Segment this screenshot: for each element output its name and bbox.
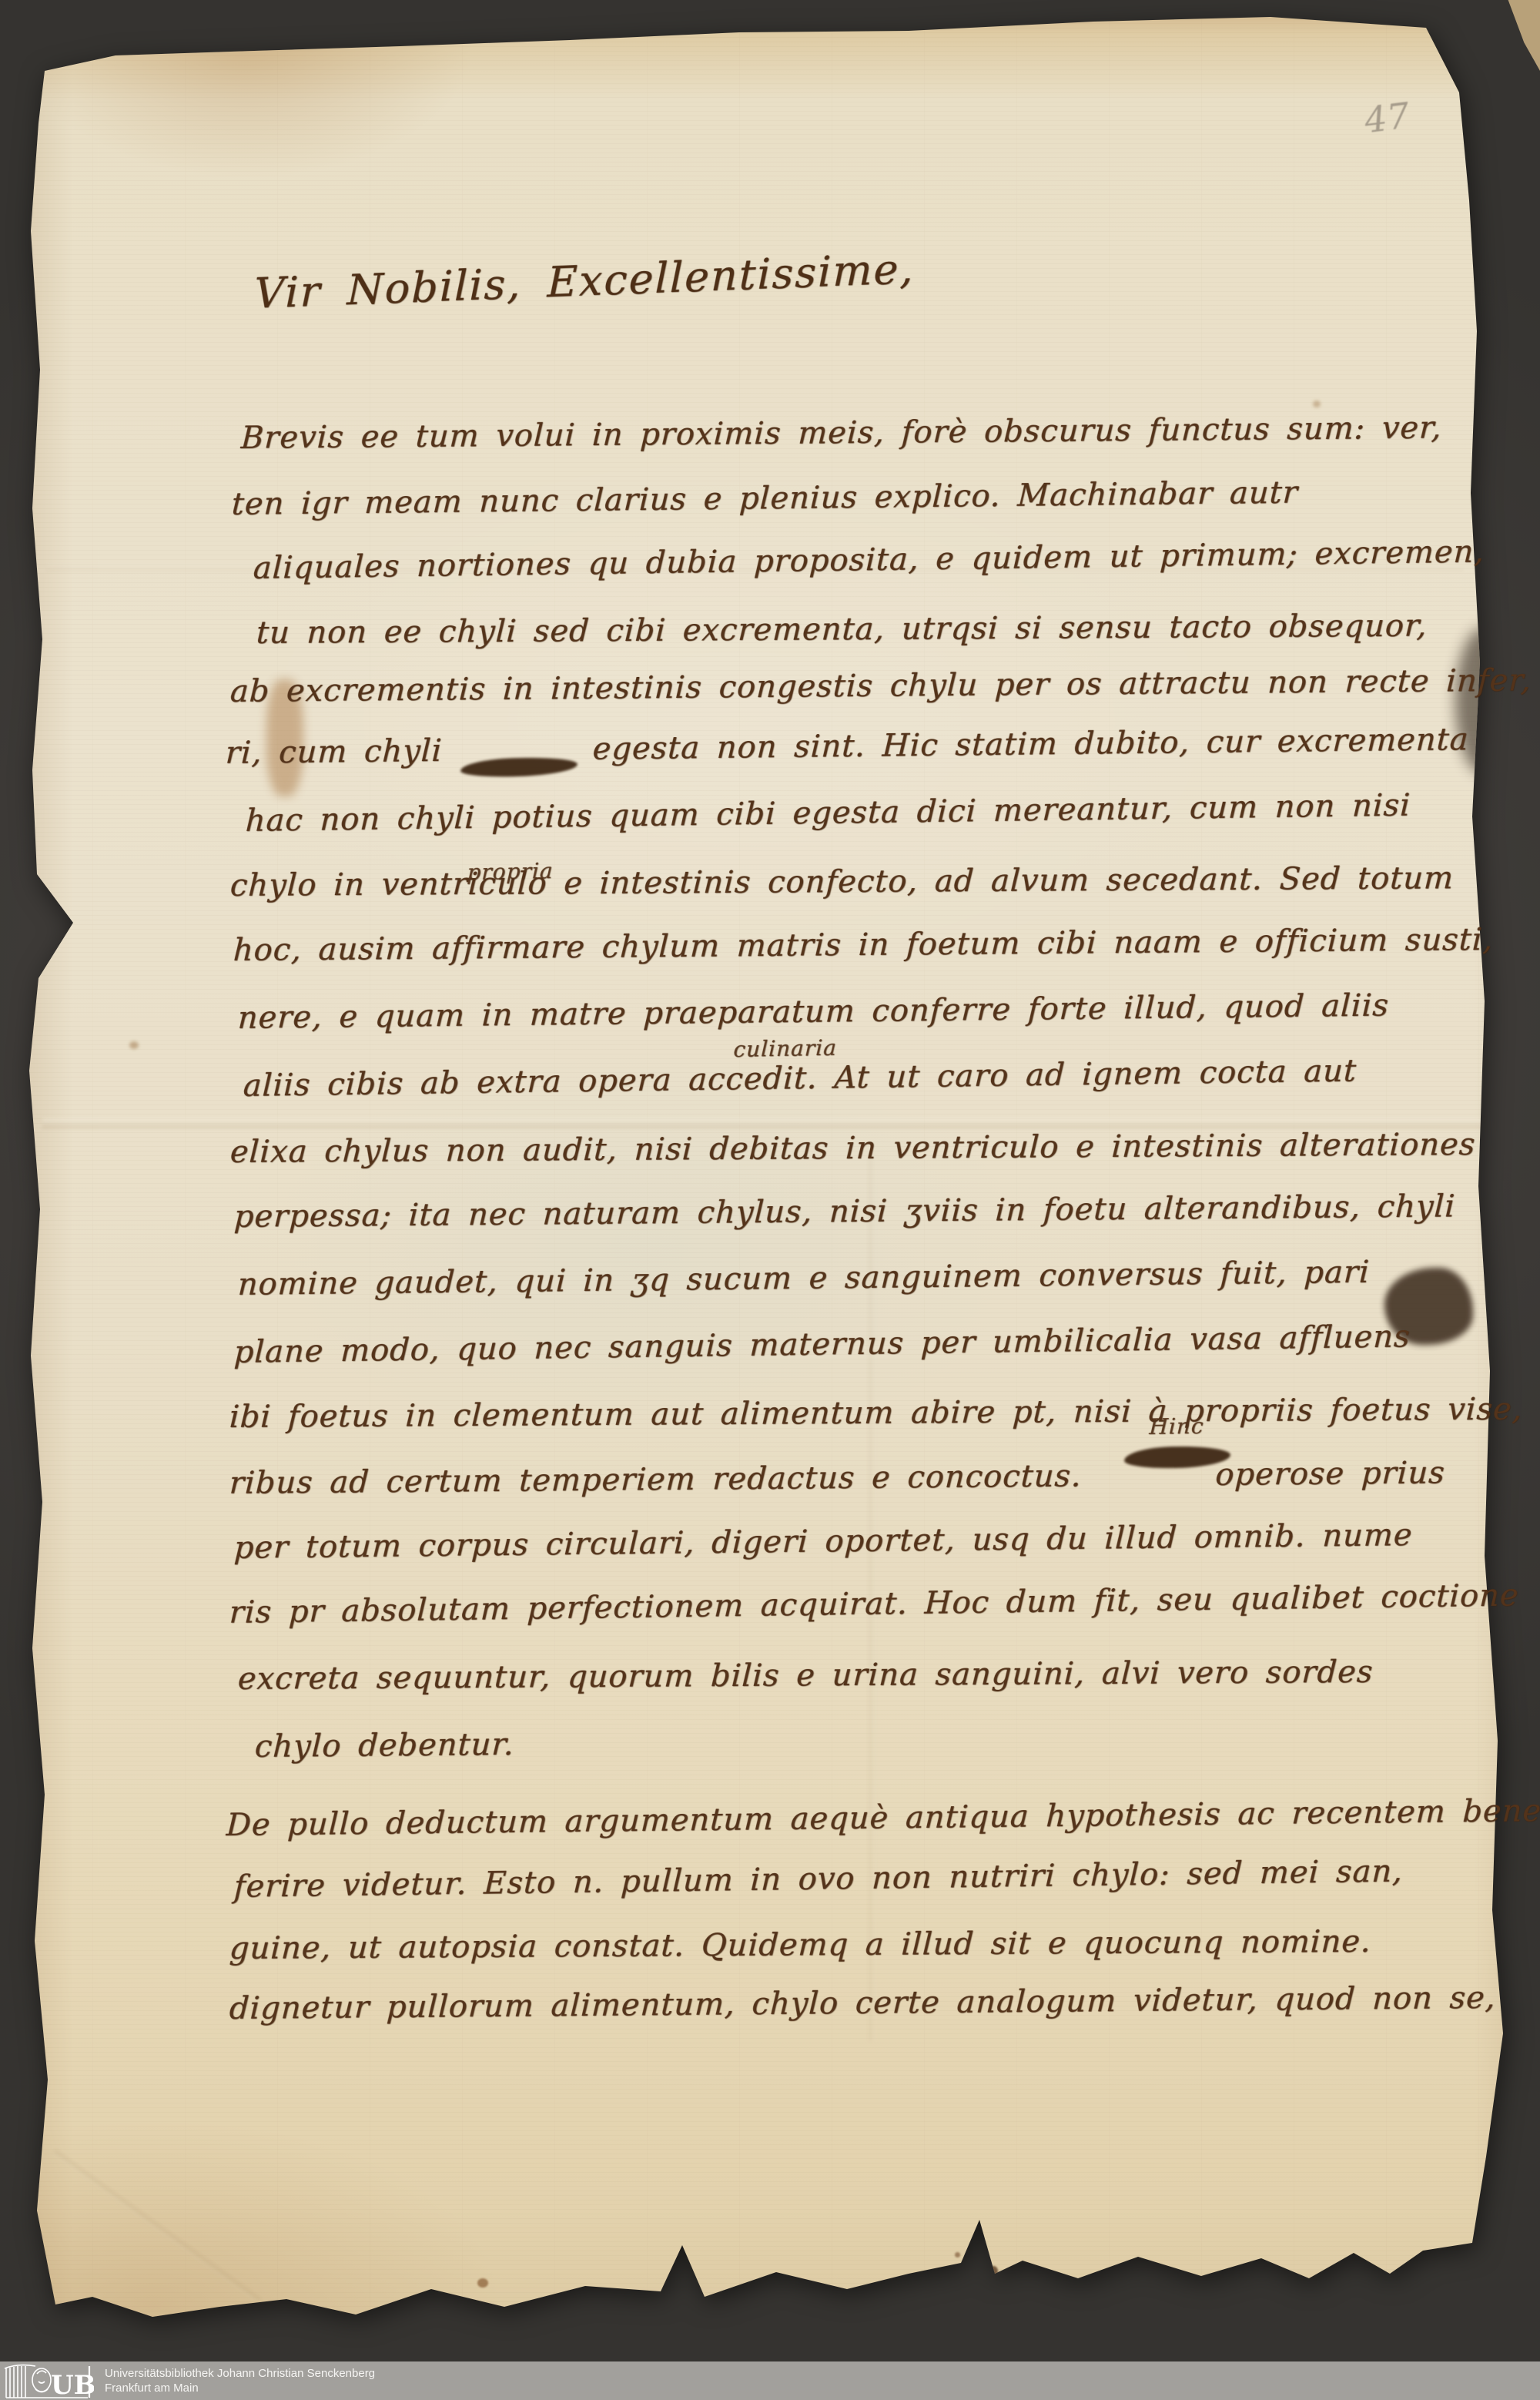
edge-dark-stain xyxy=(1455,628,1513,774)
ub-logo-text: UB xyxy=(51,2370,94,2400)
fold-crease xyxy=(52,2150,262,2304)
paper-sheet xyxy=(0,0,1540,2400)
library-name-line2: Frankfurt am Main xyxy=(105,2381,375,2395)
ink-blot-stain xyxy=(1384,1268,1473,1345)
fold-crease xyxy=(42,1118,1482,1128)
library-name-block: Universitätsbibliothek Johann Christian … xyxy=(105,2366,375,2395)
manuscript-scan-page: Vir Nobilis, Excellentissime,Brevis ee t… xyxy=(0,0,1540,2400)
fold-crease xyxy=(46,564,1463,572)
fox-spot xyxy=(129,1041,139,1049)
library-watermark-bar: UB Universitätsbibliothek Johann Christi… xyxy=(0,2361,1540,2400)
fox-spot xyxy=(989,2266,998,2276)
fox-spot xyxy=(1313,401,1321,407)
ub-library-logo: UB xyxy=(3,2361,94,2400)
fox-spot xyxy=(955,2252,960,2258)
paper-sheet-wrap xyxy=(0,0,1540,2400)
fox-spot xyxy=(477,2278,488,2288)
fold-crease xyxy=(869,1155,876,2041)
ink-smear-stain xyxy=(266,679,303,796)
laid-paper-texture xyxy=(0,0,1540,2400)
library-name-line1: Universitätsbibliothek Johann Christian … xyxy=(105,2366,375,2381)
